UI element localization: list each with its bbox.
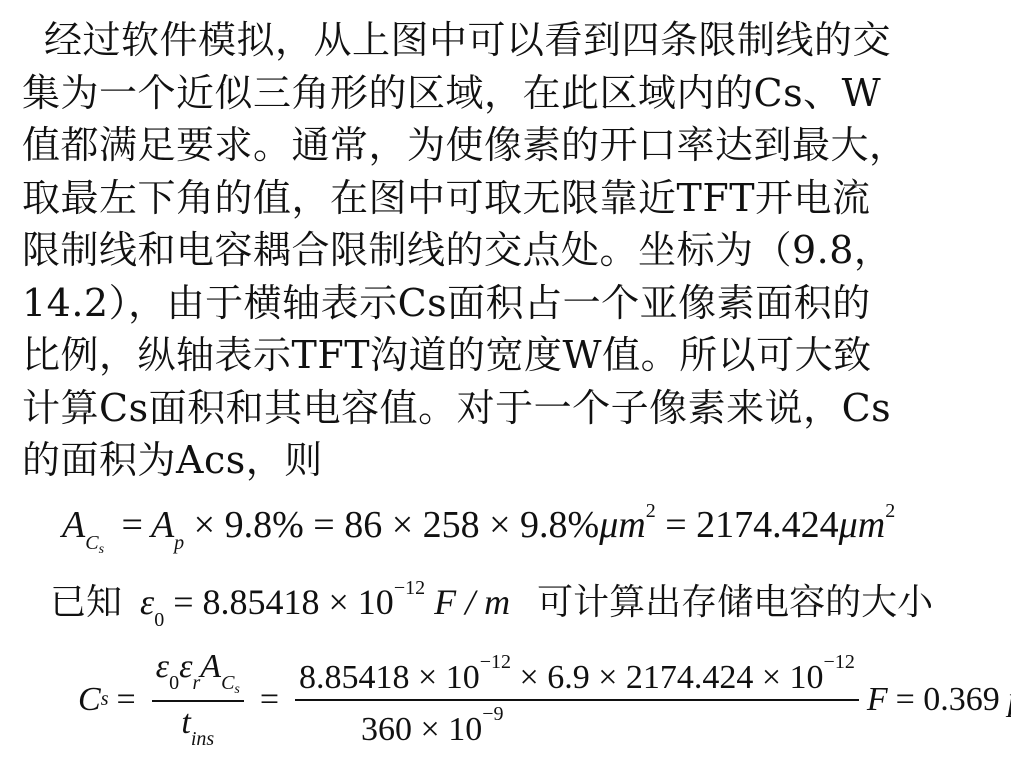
eq-prefix-text: 已知 xyxy=(50,582,122,623)
fraction-numerator: 8.85418 × 10−12 × 6.9 × 2174.424 × 10−12 xyxy=(295,651,859,701)
eq-sub: C xyxy=(85,532,98,554)
equation-epsilon0: 已知 ε0 = 8.85418 × 10−12 F / m 可计算出存储电容的大… xyxy=(50,574,933,632)
eq-subsub: s xyxy=(234,682,239,697)
fraction-symbolic: ε0εrACs tins xyxy=(152,648,244,751)
paragraph-line: 值都满足要求。通常，为使像素的开口率达到最大， xyxy=(22,119,1002,172)
eq-operator: = xyxy=(260,681,279,719)
eq-expression: 360 × 10 xyxy=(361,711,482,748)
eq-unit: μm xyxy=(599,504,646,546)
eq-sup: −12 xyxy=(480,651,511,673)
eq-suffix-text: 可计算出存储电容的大小 xyxy=(537,582,933,623)
eq-expression: = 8.85418 × 10 xyxy=(173,582,394,622)
fraction-denominator: 360 × 10−9 xyxy=(295,701,503,749)
eq-symbol: A xyxy=(200,648,221,685)
eq-sub: 0 xyxy=(154,609,164,631)
paragraph-line: 计算Cs面积和其电容值。对于一个子像素来说，Cs xyxy=(22,382,1002,435)
eq-symbol: ε xyxy=(156,648,169,685)
paragraph-line: 取最左下角的值，在图中可取无限靠近TFT开电流 xyxy=(22,172,1002,225)
eq-operator: = xyxy=(116,681,135,719)
eq-unit: μm xyxy=(839,504,886,546)
eq-symbol: ε xyxy=(140,582,154,622)
paragraph-line: 14.2），由于横轴表示Cs面积占一个亚像素面积的 xyxy=(22,277,1002,330)
body-paragraph: 经过软件模拟，从上图中可以看到四条限制线的交 集为一个近似三角形的区域，在此区域… xyxy=(22,14,1002,487)
eq-expression: × 9.8% = 86 × 258 × 9.8% xyxy=(194,504,600,546)
eq-symbol: A xyxy=(62,504,85,546)
paragraph-line: 限制线和电容耦合限制线的交点处。坐标为（9.8， xyxy=(22,224,1002,277)
eq-sup: 2 xyxy=(646,500,656,522)
eq-subsub: s xyxy=(99,542,104,557)
eq-sub: p xyxy=(174,532,184,554)
eq-symbol: ε xyxy=(179,648,192,685)
equation-cs-area: ACs =Ap × 9.8% = 86 × 258 × 9.8%μm2 = 21… xyxy=(62,500,895,558)
eq-sup: −12 xyxy=(394,577,425,599)
eq-sub: ins xyxy=(191,728,214,750)
eq-unit: F / m xyxy=(434,582,510,622)
equation-cs-capacitance: Cs = ε0εrACs tins = 8.85418 × 10−12 × 6.… xyxy=(78,652,1011,747)
eq-expression: × 6.9 × 2174.424 × 10 xyxy=(511,659,824,696)
eq-operator: = xyxy=(122,504,143,546)
eq-sup: 2 xyxy=(885,500,895,522)
eq-sub: 0 xyxy=(169,672,179,694)
eq-result: = 0.369 xyxy=(896,681,1000,719)
paragraph-line: 比例，纵轴表示TFT沟道的宽度W值。所以可大致 xyxy=(22,329,1002,382)
paragraph-line: 经过软件模拟，从上图中可以看到四条限制线的交 xyxy=(22,14,1002,67)
paragraph-line: 的面积为Acs，则 xyxy=(22,434,1002,487)
fraction-denominator: tins xyxy=(181,702,214,751)
eq-symbol: C xyxy=(78,681,101,719)
eq-expression: 8.85418 × 10 xyxy=(299,659,480,696)
fraction-numerator: ε0εrACs xyxy=(152,648,244,702)
eq-symbol: A xyxy=(151,504,174,546)
eq-sub: s xyxy=(101,688,109,711)
eq-unit: F xyxy=(867,681,888,719)
eq-result: = 2174.424 xyxy=(665,504,838,546)
eq-sup: −12 xyxy=(824,651,855,673)
eq-sup: −9 xyxy=(482,703,503,725)
eq-sub: C xyxy=(221,672,234,694)
fraction-numeric: 8.85418 × 10−12 × 6.9 × 2174.424 × 10−12… xyxy=(295,651,859,749)
eq-symbol: t xyxy=(181,704,190,741)
paragraph-line: 集为一个近似三角形的区域，在此区域内的Cs、W xyxy=(22,67,1002,120)
